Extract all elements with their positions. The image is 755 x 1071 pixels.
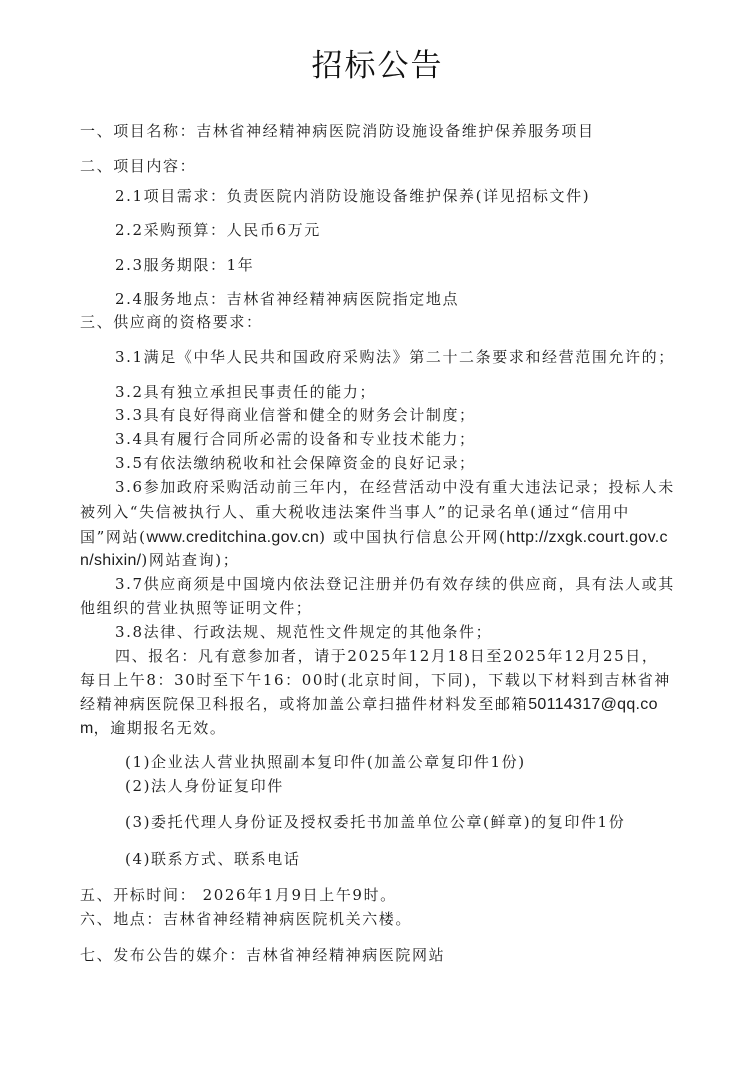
section-4-line-4: m，逾期报名无效。 xyxy=(80,718,226,739)
zxgk-court-link-part-1[interactable]: http://zxgk.court.gov.c xyxy=(506,529,667,546)
item-3-2: 3.2具有独立承担民事责任的能力； xyxy=(115,382,376,402)
item-2-1: 2.1项目需求：负责医院内消防设施设备维护保养(详见招标文件) xyxy=(115,186,590,206)
item-3-3: 3.3具有良好得商业信誉和健全的财务会计制度； xyxy=(115,405,476,425)
section-2-heading: 二、项目内容： xyxy=(80,156,196,176)
section-6-location: 六、地点：吉林省神经精神病医院机关六楼。 xyxy=(80,909,412,929)
item-2-2: 2.2采购预算：人民币6万元 xyxy=(115,220,321,240)
item-3-6-text-a: 国”网站( xyxy=(80,528,147,546)
item-3-6-text-b: ) 或中国执行信息公开网( xyxy=(319,528,506,546)
section-4-text-b: ，逾期报名无效。 xyxy=(94,719,227,737)
item-3-1: 3.1满足《中华人民共和国政府采购法》第二十二条要求和经营范围允许的； xyxy=(115,347,675,367)
page-title: 招标公告 xyxy=(0,40,755,85)
section-5-opening-time: 五、开标时间： 2026年1月9日上午9时。 xyxy=(80,885,397,905)
section-3-heading: 三、供应商的资格要求： xyxy=(80,312,263,332)
signup-email-part-2[interactable]: m xyxy=(80,720,94,737)
item-2-4: 2.4服务地点：吉林省神经精神病医院指定地点 xyxy=(115,289,459,309)
section-1-project-name: 一、项目名称：吉林省神经精神病医院消防设施设备维护保养服务项目 xyxy=(80,121,595,141)
item-3-8: 3.8法律、行政法规、规范性文件规定的其他条件； xyxy=(115,622,492,642)
item-2-3: 2.3服务期限：1年 xyxy=(115,255,254,275)
item-3-6-line-4: n/shixin/)网站查询)； xyxy=(80,550,239,571)
material-item-4: (4)联系方式、联系电话 xyxy=(125,849,300,869)
section-4-line-3: 经精神病医院保卫科报名，或将加盖公章扫描件材料发至邮箱50114317@qq.c… xyxy=(80,694,658,715)
creditchina-link[interactable]: www.creditchina.gov.cn xyxy=(147,529,320,546)
material-item-3: (3)委托代理人身份证及授权委托书加盖单位公章(鲜章)的复印件1份 xyxy=(125,812,625,832)
item-3-6-line-3: 国”网站(www.creditchina.gov.cn) 或中国执行信息公开网(… xyxy=(80,527,668,548)
section-4-text-a: 经精神病医院保卫科报名，或将加盖公章扫描件材料发至邮箱 xyxy=(80,695,528,713)
section-4-line-2: 每日上午8：30时至下午16：00时(北京时间，下同)，下载以下材料到吉林省神 xyxy=(80,670,671,690)
item-3-5: 3.5有依法缴纳税收和社会保障资金的良好记录； xyxy=(115,453,476,473)
item-3-7-line-2: 他组织的营业执照等证明文件； xyxy=(80,598,312,618)
item-3-7-line-1: 3.7供应商须是中国境内依法登记注册并仍有效存续的供应商，具有法人或其 xyxy=(115,574,675,594)
item-3-6-text-c: )网站查询)； xyxy=(141,551,239,569)
item-3-6-line-1: 3.6参加政府采购活动前三年内，在经营活动中没有重大违法记录；投标人未 xyxy=(115,477,675,497)
signup-email-part-1[interactable]: 50114317@qq.co xyxy=(528,696,658,713)
material-item-2: (2)法人身份证复印件 xyxy=(125,776,284,796)
item-3-6-line-2: 被列入“失信被执行人、重大税收违法案件当事人”的记录名单(通过“信用中 xyxy=(80,502,630,522)
document-page: 招标公告 一、项目名称：吉林省神经精神病医院消防设施设备维护保养服务项目 二、项… xyxy=(0,0,755,1071)
section-4-line-1: 四、报名：凡有意参加者，请于2025年12月18日至2025年12月25日， xyxy=(115,646,659,666)
section-7-media: 七、发布公告的媒介：吉林省神经精神病医院网站 xyxy=(80,945,445,965)
material-item-1: (1)企业法人营业执照副本复印件(加盖公章复印件1份) xyxy=(125,752,526,772)
zxgk-court-link-part-2[interactable]: n/shixin/ xyxy=(80,552,141,569)
item-3-4: 3.4具有履行合同所必需的设备和专业技术能力； xyxy=(115,429,476,449)
